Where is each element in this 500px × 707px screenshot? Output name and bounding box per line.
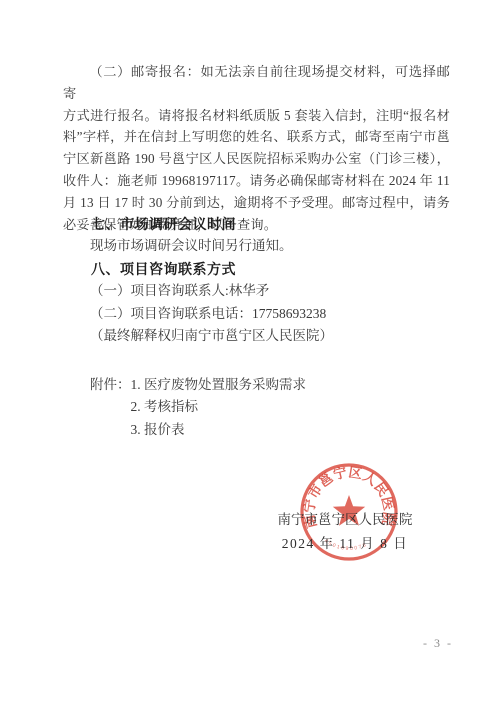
body-line: （二）邮寄报名：如无法亲自前往现场提交材料，可选择邮寄 [63,61,450,105]
attachment-line-2: 2. 考核指标 [63,396,450,418]
section-8-heading: 八、项目咨询联系方式 [63,258,450,280]
sections-block: 七、市场调研会议时间 现场市场调研会议时间另行通知。 八、项目咨询联系方式 （一… [63,213,450,347]
signature-block: 南宁市邕宁区人民医院 2024 年 11 月 8 日 [235,508,455,556]
section-7-heading: 七、市场调研会议时间 [63,213,450,235]
signature-date: 2024 年 11 月 8 日 [235,532,455,556]
attachment-item: 1. 医疗废物处置服务采购需求 [131,377,307,392]
body-paragraph: （二）邮寄报名：如无法亲自前往现场提交材料，可选择邮寄 方式进行报名。请将报名材… [63,61,450,235]
document-page: （二）邮寄报名：如无法亲自前往现场提交材料，可选择邮寄 方式进行报名。请将报名材… [0,0,500,707]
body-line: 宁区新邕路 190 号邕宁区人民医院招标采购办公室（门诊三楼）， [63,148,450,170]
contact-person-line: （一）项目咨询联系人:林华矛 [63,280,450,302]
body-line: 收件人：施老师 19968197117。请务必确保邮寄材料在 2024 年 11 [63,170,450,192]
attachments-block: 附件：1. 医疗废物处置服务采购需求 2. 考核指标 3. 报价表 [63,374,450,441]
attachments-label: 附件： [90,377,131,392]
contact-phone-line: （二）项目咨询联系电话：17758693238 [63,303,450,325]
interpretation-note-line: （最终解释权归南宁市邕宁区人民医院） [63,325,450,347]
section-7-body: 现场市场调研会议时间另行通知。 [63,235,450,257]
attachment-line-3: 3. 报价表 [63,419,450,441]
body-line: 方式进行报名。请将报名材料纸质版 5 套装入信封，注明“报名材 [63,105,450,127]
page-number: - 3 - [423,636,453,651]
body-line: 料”字样，并在信封上写明您的姓名、联系方式，邮寄至南宁市邕 [63,126,450,148]
attachment-line-1: 附件：1. 医疗废物处置服务采购需求 [63,374,450,396]
signature-org: 南宁市邕宁区人民医院 [235,508,455,532]
body-line: 月 13 日 17 时 30 分前到达，逾期将不予受理。邮寄过程中，请务 [63,192,450,214]
